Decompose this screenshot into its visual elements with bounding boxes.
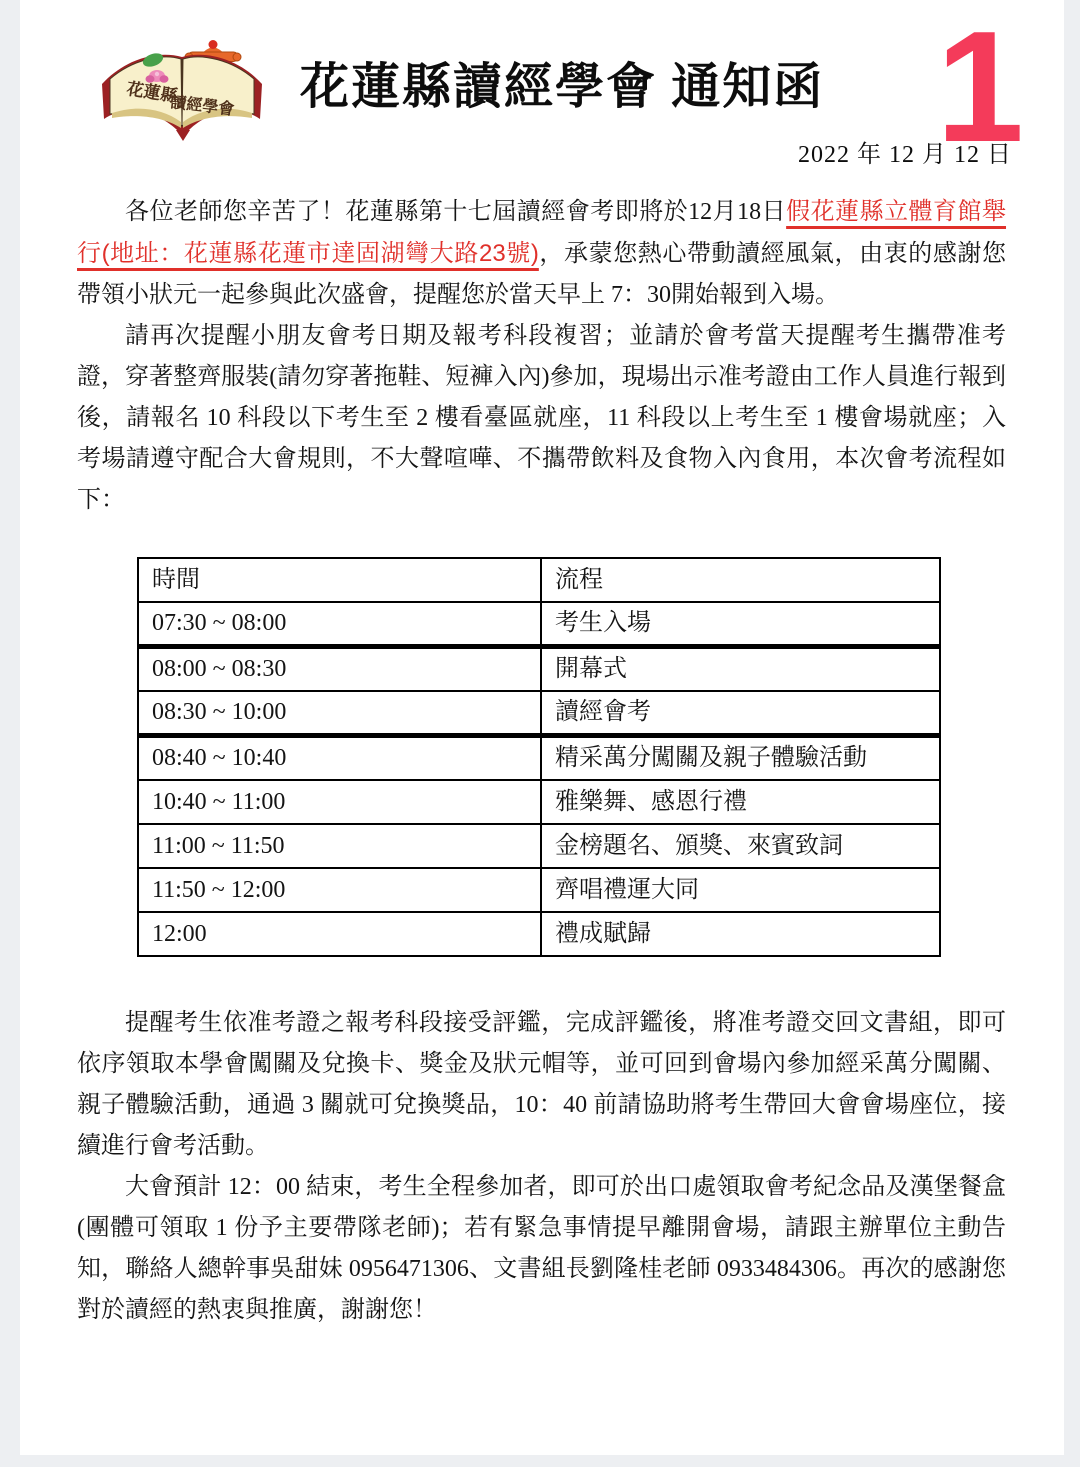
document-title: 花蓮縣讀經學會 通知函 bbox=[300, 48, 824, 118]
time-cell: 10:40 ~ 11:00 bbox=[138, 780, 541, 824]
flow-cell: 金榜題名、頒獎、來賓致詞 bbox=[541, 824, 940, 868]
table-row: 10:40 ~ 11:00 雅樂舞、感恩行禮 bbox=[138, 780, 940, 824]
time-cell: 11:50 ~ 12:00 bbox=[138, 868, 541, 912]
paragraph-2: 請再次提醒小朋友會考日期及報考科段複習；並請於會考當天提醒考生攜帶准考證，穿著整… bbox=[77, 316, 1006, 521]
table-header-flow: 流程 bbox=[541, 558, 940, 602]
flow-cell: 齊唱禮運大同 bbox=[541, 868, 940, 912]
flow-cell: 禮成賦歸 bbox=[541, 912, 940, 956]
time-cell: 08:00 ~ 08:30 bbox=[138, 647, 541, 692]
table-row: 12:00 禮成賦歸 bbox=[138, 912, 940, 956]
paragraph-3: 提醒考生依准考證之報考科段接受評鑑，完成評鑑後，將准考證交回文書組，即可依序領取… bbox=[77, 1003, 1006, 1167]
association-logo: 花蓮縣 讀經學會 bbox=[100, 38, 268, 142]
paragraph-1: 各位老師您辛苦了！花蓮縣第十七屆讀經會考即將於12月18日假花蓮縣立體育館舉行(… bbox=[77, 191, 1006, 316]
time-cell: 07:30 ~ 08:00 bbox=[138, 602, 541, 647]
document-body: 各位老師您辛苦了！花蓮縣第十七屆讀經會考即將於12月18日假花蓮縣立體育館舉行(… bbox=[77, 191, 1006, 1331]
document-page: 1 花蓮縣 讀經學會 bbox=[0, 0, 1080, 1467]
time-cell: 08:30 ~ 10:00 bbox=[138, 691, 541, 736]
flow-cell: 開幕式 bbox=[541, 647, 940, 692]
flow-cell: 考生入場 bbox=[541, 602, 940, 647]
table-header-time: 時間 bbox=[138, 558, 541, 602]
time-cell: 11:00 ~ 11:50 bbox=[138, 824, 541, 868]
paragraph-4: 大會預計 12：00 結束，考生全程參加者，即可於出口處領取會考紀念品及漢堡餐盒… bbox=[77, 1167, 1006, 1331]
table-row: 08:00 ~ 08:30 開幕式 bbox=[138, 647, 940, 692]
flow-cell: 精采萬分闖關及親子體驗活動 bbox=[541, 736, 940, 781]
time-cell: 08:40 ~ 10:40 bbox=[138, 736, 541, 781]
paragraph-1-lead: 各位老師您辛苦了！花蓮縣第十七屆讀經會考即將於12月18日 bbox=[125, 199, 786, 225]
table-row: 08:40 ~ 10:40 精采萬分闖關及親子體驗活動 bbox=[138, 736, 940, 781]
flow-cell: 雅樂舞、感恩行禮 bbox=[541, 780, 940, 824]
time-cell: 12:00 bbox=[138, 912, 541, 956]
flow-cell: 讀經會考 bbox=[541, 691, 940, 736]
table-row: 08:30 ~ 10:00 讀經會考 bbox=[138, 691, 940, 736]
table-row: 11:50 ~ 12:00 齊唱禮運大同 bbox=[138, 868, 940, 912]
document-date: 2022 年 12 月 12 日 bbox=[798, 134, 1012, 169]
table-header-row: 時間 流程 bbox=[138, 558, 940, 602]
table-row: 11:00 ~ 11:50 金榜題名、頒獎、來賓致詞 bbox=[138, 824, 940, 868]
schedule-table: 時間 流程 07:30 ~ 08:00 考生入場 08:00 ~ 08:30 開… bbox=[137, 557, 941, 957]
table-row: 07:30 ~ 08:00 考生入場 bbox=[138, 602, 940, 647]
